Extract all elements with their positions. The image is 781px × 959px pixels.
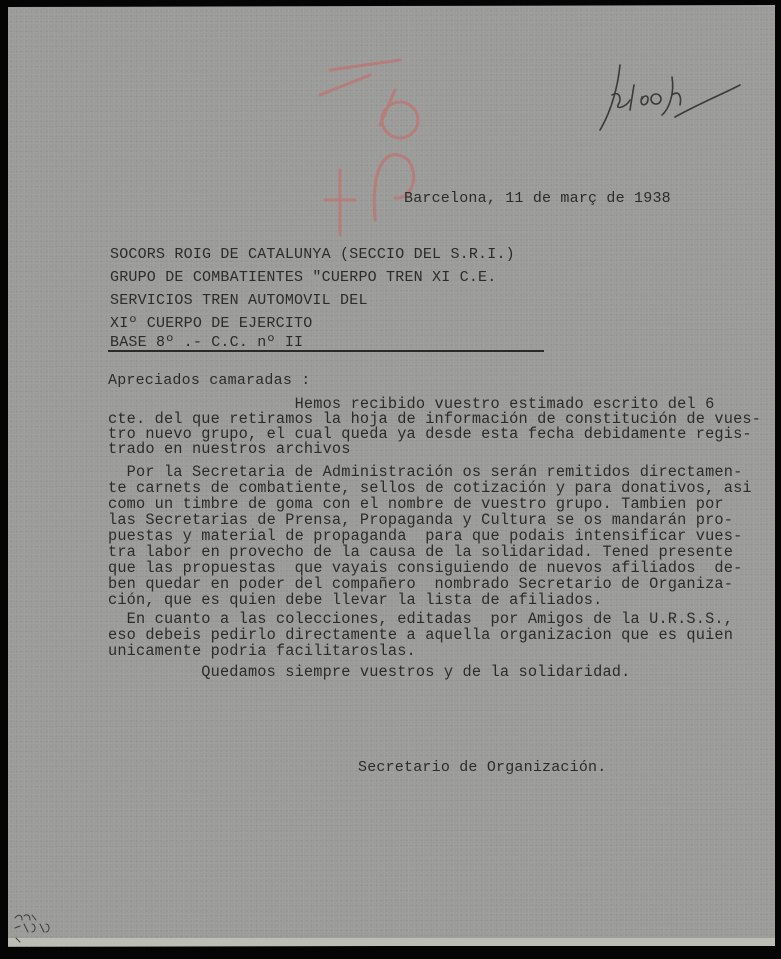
signature-block: Secretario de Organización. (358, 759, 606, 776)
handwritten-signature (590, 55, 750, 145)
red-pencil-mark (300, 50, 430, 240)
body-line: ción, que es quien debe llevar la lista … (108, 592, 602, 609)
body-line: trado en nuestros archivos (108, 441, 351, 458)
recipient-line-5: BASE 8º .- C.C. nº II (110, 334, 303, 351)
recipient-line-2: GRUPO DE COMBATIENTES "CUERPO TREN XI C.… (110, 269, 496, 286)
recipient-line-4: XIº CUERPO DE EJERCITO (110, 315, 312, 332)
recipient-underline (108, 350, 544, 352)
recipient-line-1: SOCORS ROIG DE CATALUNYA (SECCIO DEL S.R… (110, 246, 515, 263)
body-line: unicamente podria facilitaroslas. (108, 643, 416, 660)
paper-edge (8, 938, 775, 946)
body-line: Quedamos siempre vuestros y de la solida… (108, 664, 630, 681)
place-date: Barcelona, 11 de març de 1938 (404, 190, 671, 207)
archive-pencil-note (10, 910, 60, 945)
recipient-line-3: SERVICIOS TREN AUTOMOVIL DEL (110, 292, 368, 309)
salutation: Apreciados camaradas : (108, 372, 310, 389)
